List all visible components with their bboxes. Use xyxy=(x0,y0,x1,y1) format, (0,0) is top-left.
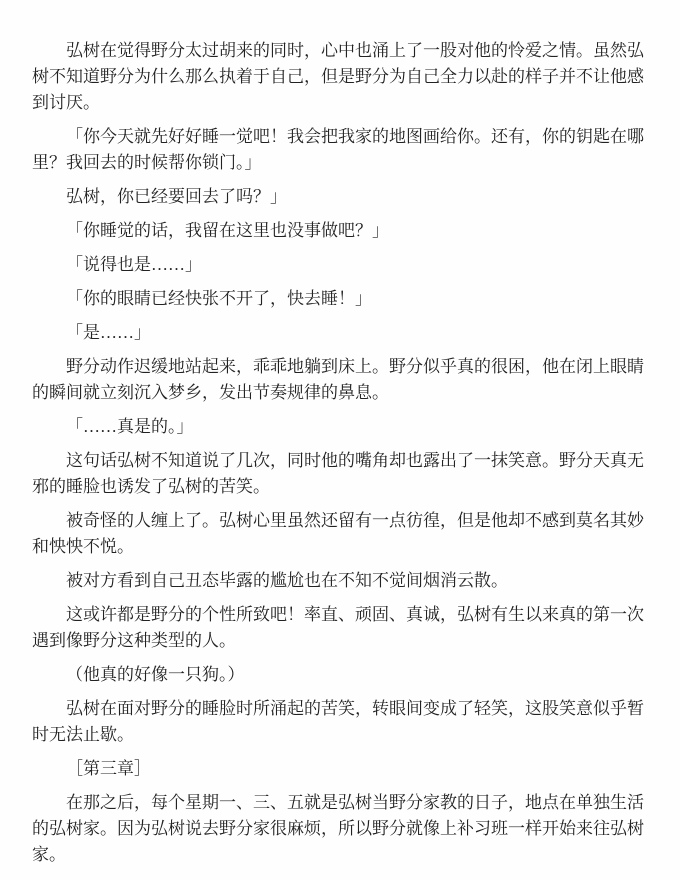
narration-paragraph: 这句话弘树不知道说了几次，同时他的嘴角却也露出了一抹笑意。野分天真无邪的睡脸也诱… xyxy=(32,448,644,500)
dialogue-line: 「……真是的。」 xyxy=(32,414,644,440)
document-page: 弘树在觉得野分太过胡来的同时，心中也涌上了一股对他的怜爱之情。虽然弘树不知道野分… xyxy=(0,0,680,880)
narration-paragraph: 弘树在觉得野分太过胡来的同时，心中也涌上了一股对他的怜爱之情。虽然弘树不知道野分… xyxy=(32,38,644,116)
dialogue-line: 弘树，你已经要回去了吗？」 xyxy=(32,184,644,210)
narration-paragraph: 野分动作迟缓地站起来，乖乖地躺到床上。野分似乎真的很困，他在闭上眼睛的瞬间就立刻… xyxy=(32,354,644,406)
narration-paragraph: 弘树在面对野分的睡脸时所涌起的苦笑，转眼间变成了轻笑，这股笑意似乎暂时无法止歇。 xyxy=(32,696,644,748)
narration-paragraph: 这或许都是野分的个性所致吧！率直、顽固、真诚，弘树有生以来真的第一次遇到像野分这… xyxy=(32,602,644,654)
dialogue-line: 「说得也是……」 xyxy=(32,252,644,278)
narration-paragraph: 被对方看到自己丑态毕露的尴尬也在不知不觉间烟消云散。 xyxy=(32,568,644,594)
narration-paragraph: 被奇怪的人缠上了。弘树心里虽然还留有一点彷徨，但是他却不感到莫名其妙和怏怏不悦。 xyxy=(32,508,644,560)
narration-paragraph: 在那之后，每个星期一、三、五就是弘树当野分家教的日子，地点在单独生活的弘树家。因… xyxy=(32,790,644,868)
dialogue-line: 「你睡觉的话，我留在这里也没事做吧？」 xyxy=(32,218,644,244)
dialogue-line: 「你的眼睛已经快张不开了，快去睡！」 xyxy=(32,286,644,312)
dialogue-line: 「你今天就先好好睡一觉吧！我会把我家的地图画给你。还有，你的钥匙在哪里？我回去的… xyxy=(32,124,644,176)
chapter-heading: ［第三章］ xyxy=(32,756,644,782)
thought-line: （他真的好像一只狗。） xyxy=(32,662,644,688)
dialogue-line: 「是……」 xyxy=(32,320,644,346)
